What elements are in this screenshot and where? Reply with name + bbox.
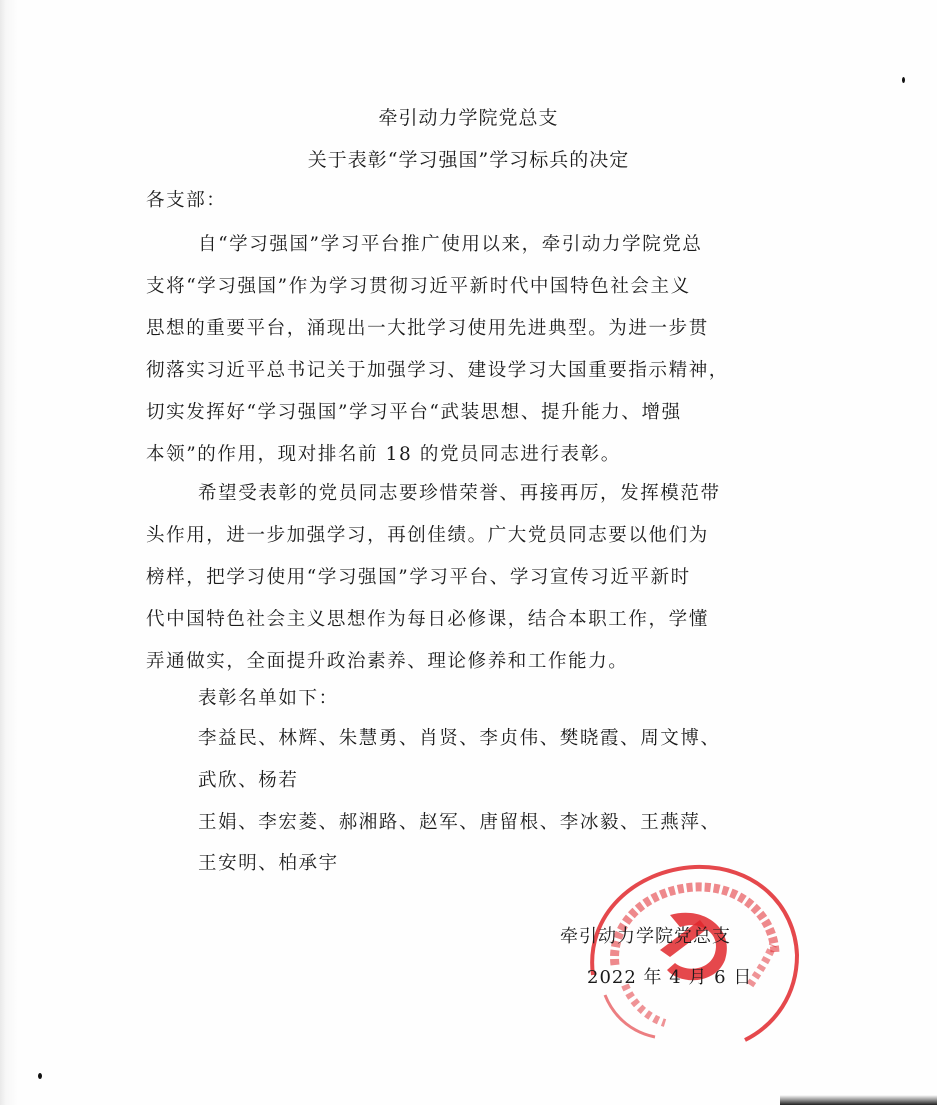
paragraph-line: 希望受表彰的党员同志要珍惜荣誉、再接再厉，发挥模范带 [198, 479, 721, 505]
paragraph-line: 代中国特色社会主义思想作为每日必修课，结合本职工作，学懂 [146, 605, 709, 631]
signature-organization: 牵引动力学院党总支 [560, 922, 731, 948]
paragraph-line: 思想的重要平台，涌现出一大批学习使用先进典型。为进一步贯 [146, 314, 709, 340]
scan-speck [902, 77, 905, 83]
salutation: 各支部： [146, 186, 226, 212]
honoree-line: 李益民、林辉、朱慧勇、肖贤、李贞伟、樊晓霞、周文博、 [198, 724, 721, 750]
signature-date: 2022 年 4 月 6 日 [587, 963, 752, 989]
paragraph-line: 彻落实习近平总书记关于加强学习、建设学习大国重要指示精神， [146, 356, 729, 382]
document-title-decision: 关于表彰“学习强国”学习标兵的决定 [0, 145, 937, 172]
honoree-line: 武欣、杨若 [198, 766, 299, 792]
paragraph-line: 弄通做实，全面提升政治素养、理论修养和工作能力。 [146, 647, 628, 673]
honoree-line: 王安明、柏承宇 [198, 849, 339, 875]
paragraph-line: 切实发挥好“学习强国”学习平台“武装思想、提升能力、增强 [146, 398, 682, 424]
paragraph-line: 自“学习强国”学习平台推广使用以来，牵引动力学院党总 [198, 230, 703, 256]
paragraph-line: 支将“学习强国”作为学习贯彻习近平新时代中国特色社会主义 [146, 272, 691, 298]
honoree-list-heading: 表彰名单如下： [198, 684, 339, 710]
paragraph-line: 榜样，把学习使用“学习强国”学习平台、学习宣传习近平新时 [146, 563, 691, 589]
honoree-line: 王娟、李宏菱、郝湘路、赵军、唐留根、李冰毅、王燕萍、 [198, 808, 721, 834]
paragraph-line: 本领”的作用，现对排名前 18 的党员同志进行表彰。 [146, 440, 621, 466]
scanned-page: 牵引动力学院党总支 关于表彰“学习强国”学习标兵的决定 各支部： 自“学习强国”… [0, 0, 937, 1105]
document-title-organization: 牵引动力学院党总支 [0, 103, 937, 130]
paragraph-line: 头作用，进一步加强学习，再创佳绩。广大党员同志要以他们为 [146, 521, 709, 547]
scan-speck [38, 1073, 42, 1079]
scan-edge-shadow [780, 1095, 937, 1105]
